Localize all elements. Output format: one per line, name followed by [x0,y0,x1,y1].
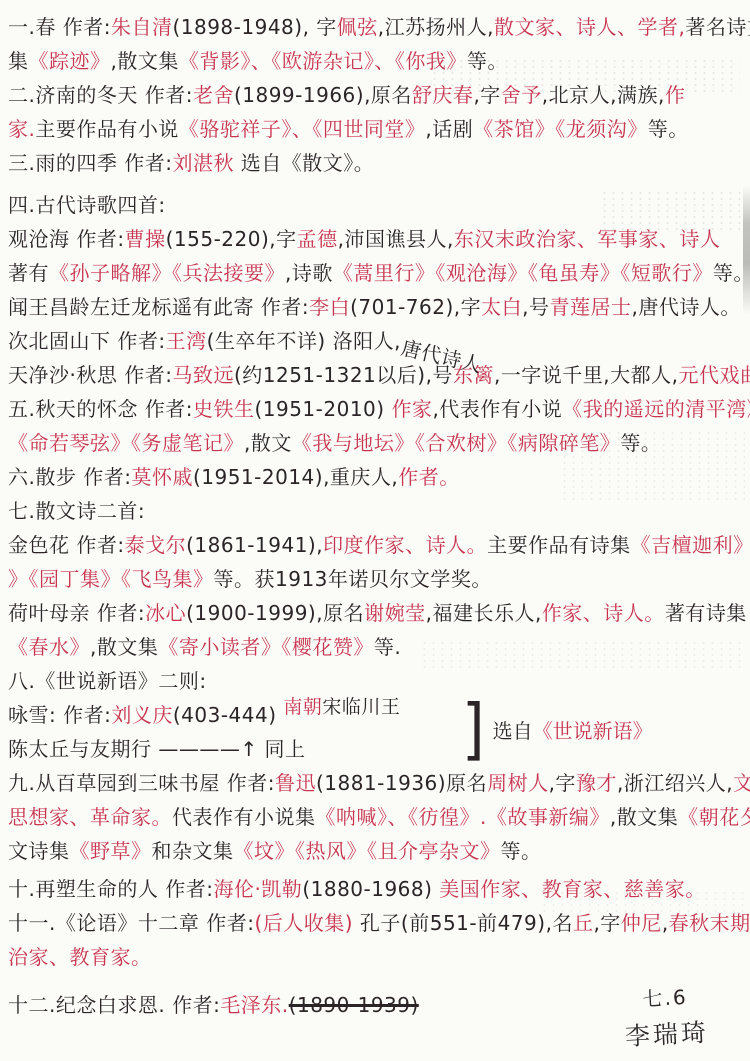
text-segment: 六.散步 作者: [8,465,131,489]
text-segment: 刘湛秋 [172,151,234,175]
text-segment: ,散文集 [610,805,678,829]
text-segment: 《春水》 [8,635,90,659]
text-segment: 等。获1913年诺贝尔文学奖。 [214,567,492,591]
text-segment: (1898-1948), 字 [172,15,336,39]
text-segment: 九.从百草园到三味书屋 作者: [8,771,275,795]
text-line: 九.从百草园到三味书屋 作者:鲁迅(1881-1936)原名周树人,字豫才,浙江… [8,766,750,800]
text-line: 荷叶母亲 作者:冰心(1900-1999),原名谢婉莹,福建长乐人,作家、诗人。… [8,596,750,630]
text-segment: (1881-1936)原名 [316,771,487,795]
text-segment: 朱自清 [111,15,173,39]
text-segment: 主要作品有诗集 [487,533,631,557]
text-segment: 印度作家、诗人。 [323,533,487,557]
text-segment: 孔子(前551-前479),名 [353,911,573,935]
text-line: 金色花 作者:泰戈尔(1861-1941),印度作家、诗人。主要作品有诗集《吉檀… [8,528,750,562]
text-segment: 等。 [648,117,689,141]
text-line: 六.散步 作者:莫怀戚(1951-2014),重庆人,作者。 [8,460,750,494]
text-segment: 《寄小读者》《樱花赞》 [158,635,374,659]
text-segment: 十二.纪念白求恩. 作者: [8,993,220,1017]
text-segment: 舍予 [501,83,542,107]
text-segment: (155-220),字 [166,227,297,251]
text-segment: 泰戈尔 [125,533,187,557]
text-segment: 鲁迅 [275,771,316,795]
text-segment: 太白 [481,295,522,319]
selected-from-label: 选自 [493,715,533,744]
text-segment: ,散文集 [90,635,158,659]
text-segment: 散文家、诗人、学者, [494,15,685,39]
text-segment: 《蒿里行》《观沧海》《龟虽寿》《短歌行》 [333,261,713,285]
text-segment: 《孙子略解》《兵法接要》 [49,261,285,285]
text-segment: 马致远 [172,363,234,387]
text-segment: 家. [8,117,35,141]
text-line: 五.秋天的怀念 作者:史铁生(1951-2010) 作家,代表作有小说《我的遥远… [8,392,750,426]
text-line: 十一.《论语》十二章 作者:(后人收集) 孔子(前551-前479),名丘,字仲… [8,906,750,940]
text-segment: 闻王昌龄左迁龙标遥有此寄 作者: [8,295,309,319]
text-segment: (1880-1968) [302,877,439,901]
text-segment: 《朝花夕拾》 [678,805,750,829]
text-line: 三.雨的四季 作者:刘湛秋 选自《散文》。 [8,146,750,180]
text-segment: 《骆驼祥子》、《四世同堂》 [179,117,426,141]
text-segment: 青莲居士 [550,295,632,319]
text-segment: 五.秋天的怀念 作者: [8,397,193,421]
signature-block: 七.6 李瑞琦 [622,980,710,1053]
text-segment: 宋临川王 [322,690,400,724]
text-segment: 丘 [573,911,594,935]
text-segment: ,诗歌 [285,261,333,285]
text-segment: ,代表作有小说 [432,397,562,421]
text-segment: 代表作有小说集 [172,805,316,829]
text-segment: 《野草》 [70,839,152,863]
text-segment: 《我与地坛》《合欢树》《病隙碎笔》 [292,431,621,455]
text-segment: 《吉檀迦利》《新月集 [631,533,750,557]
text-segment: 《踪迹》 [29,49,111,73]
text-segment: 等. [374,635,401,659]
text-segment: , [662,911,669,935]
text-segment: ,字 [473,83,500,107]
text-segment: 等。 [467,49,508,73]
text-segment: 作者。 [398,465,460,489]
text-segment: 作家、诗人。 [542,601,665,625]
text-segment: 作 [665,83,686,107]
text-line: 》《园丁集》《飞鸟集》等。获1913年诺贝尔文学奖。 [8,562,750,596]
text-segment: 著有诗集 [665,601,747,625]
text-segment: (1951-2010) [254,397,391,421]
text-segment: 七.散文诗二首: [8,499,145,523]
text-segment: (生卒年不详) 洛阳人, [207,329,401,353]
text-segment: 佩弦 [337,15,378,39]
text-segment: 文学家 [733,771,750,795]
text-segment: 一.春 作者: [8,15,111,39]
text-segment: 》《园丁集》《飞鸟集》 [8,567,214,591]
text-line: 天净沙·秋思 作者:马致远(约1251-1321以后),号东篱,一字说千里,大都… [8,358,750,392]
text-segment: (403-444) [173,703,284,727]
text-segment: ,散文 [244,431,292,455]
text-segment: 南朝 [283,690,322,724]
text-segment: ,浙江绍兴人, [617,771,733,795]
text-segment: 豫才 [576,771,617,795]
text-line: 《命若琴弦》《务虚笔记》,散文《我与地坛》《合欢树》《病隙碎笔》等。 [8,426,750,460]
text-segment: ,北京人,满族, [542,83,665,107]
text-segment: 天净沙·秋思 作者: [8,363,172,387]
text-line: 观沧海 作者:曹操(155-220),字孟德,沛国谯县人,东汉末政治家、军事家、… [8,222,750,256]
text-segment: 八.《世说新语》二则: [8,669,207,693]
text-segment: 等。 [501,839,542,863]
text-segment: 舒庆春 [412,83,474,107]
text-segment: 《命若琴弦》《务虚笔记》 [8,431,244,455]
text-segment: 《我的遥远的清平湾》 [562,397,750,421]
handwritten-notes-page: 一.春 作者:朱自清(1898-1948), 字佩弦,江苏扬州人,散文家、诗人、… [0,0,750,1061]
text-segment: 十.再塑生命的人 作者: [8,877,213,901]
text-line: 治家、教育家。 [8,940,750,974]
text-segment: 莫怀戚 [131,465,193,489]
text-segment: 三.雨的四季 作者: [8,151,172,175]
selected-from-annotation: ] 选自 《世说新语》 [462,694,653,764]
text-segment: ,字 [549,771,576,795]
text-segment: ,字 [593,911,620,935]
text-segment: 文诗集 [8,839,70,863]
text-line: 家.主要作品有小说《骆驼祥子》、《四世同堂》,话剧《茶馆》《龙须沟》等。 [8,112,750,146]
text-segment: 《坟》《热风》《且介亭杂文》 [234,839,501,863]
text-segment: 《背影》、《欧游杂记》、《你我》 [179,49,467,73]
text-segment: (后人收集) [254,911,353,935]
text-segment: 王湾 [166,329,207,353]
text-segment: 著名诗文 [685,15,750,39]
text-segment: 主要作品有小说 [35,117,179,141]
text-segment: ,散文集 [111,49,179,73]
text-segment: 老舍 [193,83,234,107]
text-line: 思想家、革命家。代表作有小说集《呐喊》、《彷徨》.《故事新编》,散文集《朝花夕拾… [8,800,750,834]
text-segment: 等。 [620,431,661,455]
text-segment: 荷叶母亲 作者: [8,601,145,625]
text-segment: ,沛国谯县人, [338,227,454,251]
text-segment: 选自《散文》。 [234,151,374,175]
text-segment: ,唐代诗人。 [632,295,741,319]
notes-body: 一.春 作者:朱自清(1898-1948), 字佩弦,江苏扬州人,散文家、诗人、… [8,10,750,1022]
text-segment: 东汉末政治家、军事家、诗人 [454,227,721,251]
text-segment: 金色花 作者: [8,533,125,557]
text-line: 十.再塑生命的人 作者:海伦·凯勒(1880-1968) 美国作家、教育家、慈善… [8,872,750,906]
text-segment: 谢婉莹 [364,601,426,625]
text-segment: 《茶馆》《龙须沟》 [473,117,648,141]
text-segment: 著有 [8,261,49,285]
text-segment: 春秋末期思想家.政 [669,911,750,935]
text-segment: 作家 [391,397,432,421]
text-line: 二.济南的冬天 作者:老舍(1899-1966),原名舒庆春,字舍予,北京人,满… [8,78,750,112]
text-segment: 和杂文集 [152,839,234,863]
selected-from-book-title: 《世说新语》 [533,715,653,744]
text-segment: 咏雪: 作者: [8,703,111,727]
text-segment: ,江苏扬州人, [378,15,494,39]
text-segment: (1951-2014),重庆人, [193,465,398,489]
text-segment: (1899-1966),原名 [234,83,412,107]
text-segment: 集 [8,49,29,73]
text-line: 《春水》,散文集《寄小读者》《樱花赞》等. [8,630,750,664]
text-segment: 史铁生 [193,397,255,421]
signature-name: 李瑞琦 [624,1013,710,1053]
text-segment: 曹操 [125,227,166,251]
text-segment: 陈太丘与友期行 ————↑ 同上 [8,737,305,761]
text-segment: 周树人 [487,771,549,795]
text-segment: ,一字说千里,大都人, [494,363,679,387]
signature-class-label: 七.6 [622,980,707,1013]
text-segment: 孟德 [297,227,338,251]
text-segment: ,话剧 [425,117,473,141]
text-segment: (1900-1999),原名 [186,601,364,625]
text-segment: 治家、教育家。 [8,945,152,969]
text-segment: (1890-1939) [289,993,419,1017]
text-segment: 毛泽东. [220,993,288,1017]
text-segment: ,号 [522,295,549,319]
text-segment: 刘义庆 [111,703,173,727]
text-line: 次北固山下 作者:王湾(生卒年不详) 洛阳人,唐代诗人 [8,324,750,358]
text-segment: 思想家、革命家。 [8,805,172,829]
text-segment: 冰心 [145,601,186,625]
text-segment: 元代戏曲作家 [679,363,750,387]
text-line: 闻王昌龄左迁龙标遥有此寄 作者:李白(701-762),字太白,号青莲居士,唐代… [8,290,750,324]
text-segment: (1861-1941), [186,533,323,557]
text-segment: 十一.《论语》十二章 作者: [8,911,254,935]
text-segment: 二.济南的冬天 作者: [8,83,193,107]
text-segment: 美国作家、教育家、慈善家。 [439,877,706,901]
text-segment: 李白 [309,295,350,319]
text-segment: 海伦·凯勒 [213,877,302,901]
text-line: 文诗集《野草》和杂文集《坟》《热风》《且介亭杂文》等。 [8,834,750,868]
text-segment: 《呐喊》、《彷徨》.《故事新编》 [316,805,610,829]
text-segment: 次北固山下 作者: [8,329,166,353]
text-line: 著有《孙子略解》《兵法接要》,诗歌《蒿里行》《观沧海》《龟虽寿》《短歌行》等。 [8,256,750,290]
text-line: 四.古代诗歌四首: [8,188,750,222]
text-segment: 观沧海 作者: [8,227,125,251]
scan-edge-smudge [743,185,750,315]
text-line: 一.春 作者:朱自清(1898-1948), 字佩弦,江苏扬州人,散文家、诗人、… [8,10,750,44]
text-segment: 四.古代诗歌四首: [8,193,166,217]
bracket-icon: ] [462,689,485,770]
text-segment: 仲尼 [621,911,662,935]
text-line: 七.散文诗二首: [8,494,750,528]
text-segment: (701-762),字 [350,295,481,319]
text-line: 集《踪迹》,散文集《背影》、《欧游杂记》、《你我》等。 [8,44,750,78]
text-segment: ,福建长乐人, [426,601,542,625]
